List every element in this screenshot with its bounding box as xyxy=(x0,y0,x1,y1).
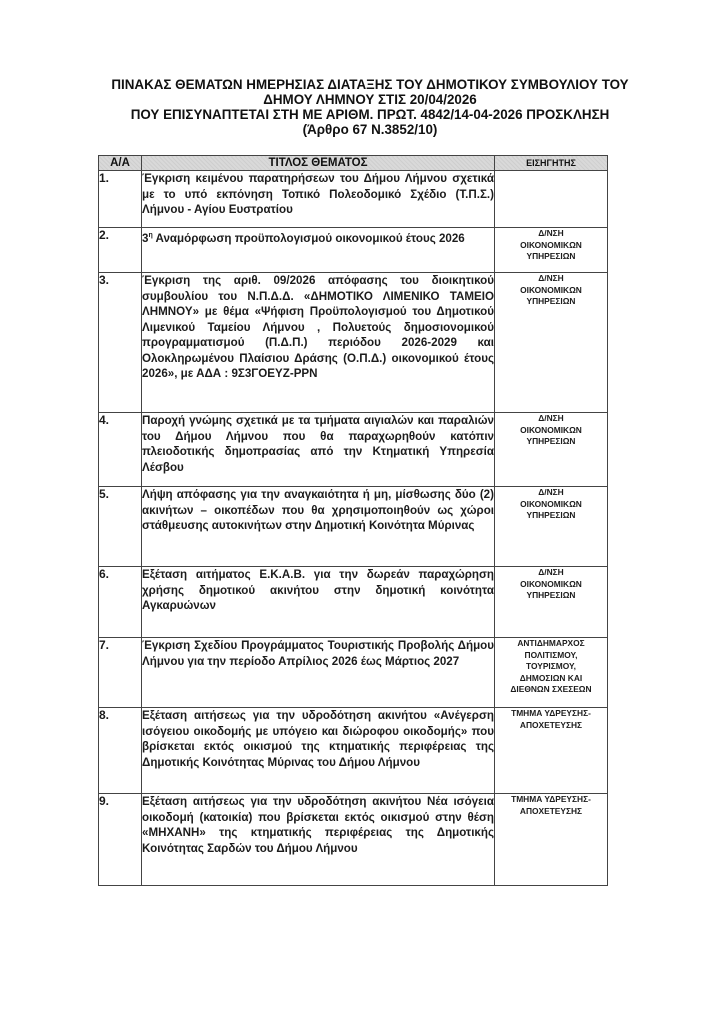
item-rapporteur: ΤΜΗΜΑ ΥΔΡΕΥΣΗΣ- ΑΠΟΧΕΤΕΥΣΗΣ xyxy=(495,794,608,886)
item-number: 7. xyxy=(99,638,142,708)
item-number: 1. xyxy=(99,171,142,228)
document-header: ΠΙΝΑΚΑΣ ΘΕΜΑΤΩΝ ΗΜΕΡΗΣΙΑΣ ΔΙΑΤΑΞΗΣ ΤΟΥ Δ… xyxy=(60,77,680,137)
table-row: 4. Παροχή γνώμης σχετικά με τα τμήματα α… xyxy=(99,413,608,487)
item-rapporteur xyxy=(495,171,608,228)
item-rapporteur: ΑΝΤΙΔΗΜΑΡΧΟΣ ΠΟΛΙΤΙΣΜΟΥ, ΤΟΥΡΙΣΜΟΥ, ΔΗΜΟ… xyxy=(495,638,608,708)
item-rapporteur: Δ/ΝΣΗ ΟΙΚΟΝΟΜΙΚΩΝ ΥΠΗΡΕΣΙΩΝ xyxy=(495,413,608,487)
item-title: Έγκριση κειμένου παρατηρήσεων του Δήμου … xyxy=(142,171,495,228)
header-line-2: ΔΗΜΟΥ ΛΗΜΝΟΥ ΣΤΙΣ 20/04/2026 xyxy=(60,92,680,107)
item-title: Εξέταση αιτήσεως για την υδροδότηση ακιν… xyxy=(142,708,495,794)
item-rapporteur: Δ/ΝΣΗ ΟΙΚΟΝΟΜΙΚΩΝ ΥΠΗΡΕΣΙΩΝ xyxy=(495,487,608,567)
table-row: 7. Έγκριση Σχεδίου Προγράμματος Τουριστι… xyxy=(99,638,608,708)
table-row: 1. Έγκριση κειμένου παρατηρήσεων του Δήμ… xyxy=(99,171,608,228)
table-row: 6. Εξέταση αιτήματος Ε.Κ.Α.Β. για την δω… xyxy=(99,567,608,638)
table-row: 5. Λήψη απόφασης για την αναγκαιότητα ή … xyxy=(99,487,608,567)
table-row: 2. 3η Αναμόρφωση προϋπολογισμού οικονομι… xyxy=(99,228,608,273)
item-title-text: Αναμόρφωση προϋπολογισμού οικονομικού έτ… xyxy=(153,232,465,245)
item-title: Παροχή γνώμης σχετικά με τα τμήματα αιγι… xyxy=(142,413,495,487)
item-number: 3. xyxy=(99,273,142,413)
item-rapporteur: Δ/ΝΣΗ ΟΙΚΟΝΟΜΙΚΩΝ ΥΠΗΡΕΣΙΩΝ xyxy=(495,567,608,638)
header-line-1: ΠΙΝΑΚΑΣ ΘΕΜΑΤΩΝ ΗΜΕΡΗΣΙΑΣ ΔΙΑΤΑΞΗΣ ΤΟΥ Δ… xyxy=(60,77,680,92)
item-title: Έγκριση Σχεδίου Προγράμματος Τουριστικής… xyxy=(142,638,495,708)
table-row: 3. Έγκριση της αριθ. 09/2026 απόφασης το… xyxy=(99,273,608,413)
item-number: 8. xyxy=(99,708,142,794)
header-line-3: ΠΟΥ ΕΠΙΣΥΝΑΠΤΕΤΑΙ ΣΤΗ ΜΕ ΑΡΙΘΜ. ΠΡΩΤ. 48… xyxy=(60,107,680,122)
item-title: Λήψη απόφασης για την αναγκαιότητα ή μη,… xyxy=(142,487,495,567)
item-rapporteur: Δ/ΝΣΗ ΟΙΚΟΝΟΜΙΚΩΝ ΥΠΗΡΕΣΙΩΝ xyxy=(495,228,608,273)
item-number: 4. xyxy=(99,413,142,487)
table-row: 8. Εξέταση αιτήσεως για την υδροδότηση α… xyxy=(99,708,608,794)
header-line-4: (Άρθρο 67 Ν.3852/10) xyxy=(60,122,680,137)
item-number: 5. xyxy=(99,487,142,567)
table-header-row: Α/Α ΤΙΤΛΟΣ ΘΕΜΑΤΟΣ ΕΙΣΗΓΗΤΗΣ xyxy=(99,156,608,171)
item-number: 2. xyxy=(99,228,142,273)
column-header-rapporteur: ΕΙΣΗΓΗΤΗΣ xyxy=(495,156,608,171)
item-title: Εξέταση αιτήματος Ε.Κ.Α.Β. για την δωρεά… xyxy=(142,567,495,638)
item-title: Εξέταση αιτήσεως για την υδροδότηση ακιν… xyxy=(142,794,495,886)
column-header-title: ΤΙΤΛΟΣ ΘΕΜΑΤΟΣ xyxy=(142,156,495,171)
agenda-table: Α/Α ΤΙΤΛΟΣ ΘΕΜΑΤΟΣ ΕΙΣΗΓΗΤΗΣ 1. Έγκριση … xyxy=(98,155,608,886)
item-rapporteur: Δ/ΝΣΗ ΟΙΚΟΝΟΜΙΚΩΝ ΥΠΗΡΕΣΙΩΝ xyxy=(495,273,608,413)
item-title: 3η Αναμόρφωση προϋπολογισμού οικονομικού… xyxy=(142,228,495,273)
item-number: 6. xyxy=(99,567,142,638)
item-number: 9. xyxy=(99,794,142,886)
item-rapporteur: ΤΜΗΜΑ ΥΔΡΕΥΣΗΣ- ΑΠΟΧΕΤΕΥΣΗΣ xyxy=(495,708,608,794)
table-row: 9. Εξέταση αιτήσεως για την υδροδότηση α… xyxy=(99,794,608,886)
item-title: Έγκριση της αριθ. 09/2026 απόφασης του δ… xyxy=(142,273,495,413)
column-header-number: Α/Α xyxy=(99,156,142,171)
